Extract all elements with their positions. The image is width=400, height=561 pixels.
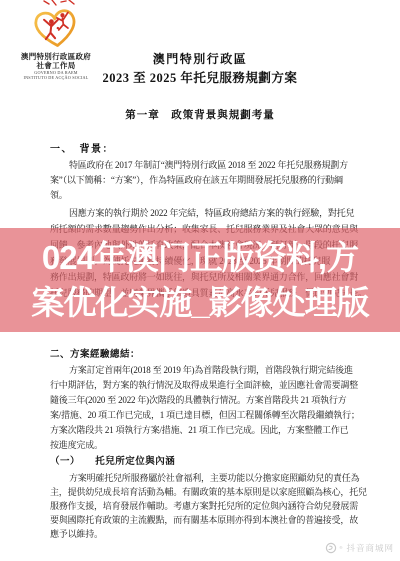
document-page: 澳門特別行政區政府 社會工作局 GOVERNO DA RAEM INSTITUT…	[0, 0, 400, 561]
text-line: 方案明確托兒所服務屬於社會福利，主要功能以分擔家庭照顧幼兒的責任為	[50, 471, 366, 485]
text-line: 按進度完成。	[50, 438, 366, 453]
text-line: 隨後三年(2020 至 2022 年)次階段的具體執行情況。方案首階段共 21 …	[50, 393, 366, 408]
text-line: 要與國際托育政策的主流觀點，而有關基本原則亦得到本澳社會的普遍接受，故	[50, 513, 366, 527]
paragraph-4: 方案明確托兒所服務屬於社會福利，主要功能以分擔家庭照顧幼兒的責任為 主，提供幼兒…	[50, 471, 366, 541]
watermark: ® 抖音商城网	[325, 542, 394, 554]
overlay-banner-text-line1: 024年澳门正版资料,方	[0, 235, 400, 280]
text-line: 案/措施、20 項工作已完成，1 項已達目標，但因工程關係轉至次階段繼續執行；	[50, 408, 366, 423]
section-1-heading: 一、 背景：	[50, 140, 114, 155]
text-line: 因應方案的執行期於 2022 年完結，特區政府總結方案的執行經驗，對托兒	[50, 205, 366, 221]
section-3-heading: （一） 托兒所定位與內涵	[50, 453, 175, 467]
text-line: 方案訂定首兩年(2018 至 2019 年)為首階段執行期，首階段執行期完結後進	[50, 363, 366, 378]
overlay-banner: 024年澳门正版资料,方 案优化实施_影像处理版	[0, 228, 400, 332]
text-line: 應予以維持。	[50, 527, 366, 541]
document-title-line1: 澳門特別行政區	[35, 52, 365, 66]
text-line: 主，提供幼兒成長培育活動為輔。有關政策的基本原則是以家庭照顧為核心，托兒	[50, 485, 366, 499]
heart-logo-icon	[29, 6, 83, 52]
watermark-logo-icon	[325, 542, 337, 554]
overlay-banner-text-line2: 案优化实施_影像处理版	[0, 280, 400, 325]
chapter-heading: 第一章 政策背景與規劃考量	[35, 107, 365, 122]
text-line: 領。	[50, 188, 366, 203]
paragraph-3: 方案訂定首兩年(2018 至 2019 年)為首階段執行期，首階段執行期完結後進…	[50, 363, 366, 453]
text-line: 服務作支援，培育發展作輔助。考慮方案對托兒所的定位與內涵符合幼兒發展需	[50, 499, 366, 513]
watermark-text: 抖音商城网	[346, 542, 394, 554]
section-2-heading: 二、方案經驗總結：	[50, 346, 140, 360]
text-line: 案”（以下簡稱：“方案”），作為特區政府在該五年期間發展托兒服務的行動綱	[50, 173, 366, 188]
paragraph-1: 特區政府在 2017 年制訂“澳門特別行政區 2018 至 2022 年托兒服務…	[50, 158, 366, 203]
watermark-reg-mark: ®	[340, 546, 344, 550]
text-line: 特區政府在 2017 年制訂“澳門特別行政區 2018 至 2022 年托兒服務…	[50, 158, 366, 173]
text-line: 行中期評估，對方案的執行情況及取得成果進行全面評檢，並因應社會需要調整	[50, 378, 366, 393]
document-title-block: 澳門特別行政區 2023 至 2025 年托兒服務規劃方案	[35, 52, 365, 86]
document-title-line2: 2023 至 2025 年托兒服務規劃方案	[35, 71, 365, 86]
text-line: 方案次階段共 21 項執行方案/措施、21 項工作已完成。因此，方案整體工作已	[50, 423, 366, 438]
